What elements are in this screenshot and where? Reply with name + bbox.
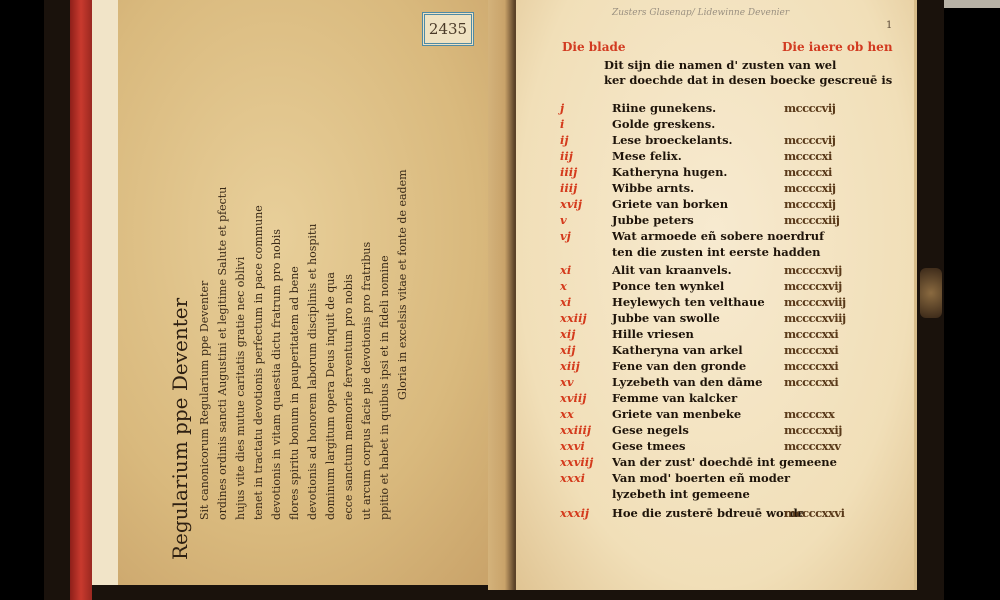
entry-name: Hille vriesen xyxy=(612,327,694,341)
left-line: ppitio et habet in quibus ipsi et in fid… xyxy=(378,40,391,520)
entry-name: Wibbe arnts. xyxy=(612,181,694,195)
left-page-title: Regularium ppe Deventer xyxy=(168,80,192,560)
leaf-numeral: i xyxy=(560,117,564,131)
entry-year: mccccxi xyxy=(784,149,832,163)
entry-year: mccccxviij xyxy=(784,311,846,325)
index-entry: xiAlit van kraanvels.mccccxvij xyxy=(560,263,860,279)
index-entry: ijLese broeckelants.mccccvij xyxy=(560,133,860,149)
entry-year: mccccxi xyxy=(784,165,832,179)
entry-year: mccccxxi xyxy=(784,327,838,341)
entry-year: mccccxij xyxy=(784,197,836,211)
leaf-numeral: vj xyxy=(560,229,571,243)
entry-year: mccccxx xyxy=(784,407,834,421)
left-page-stub xyxy=(488,0,516,590)
intro-line-1: Dit sijn die namen d' zusten van wel xyxy=(604,58,892,73)
index-entry: xxGriete van menbekemccccxx xyxy=(560,407,860,423)
entry-year: mccccxxvi xyxy=(784,506,844,520)
left-line: dominum largitum opera Deus inquit de qu… xyxy=(324,40,337,520)
leaf-numeral: xxiij xyxy=(560,311,587,325)
metal-clasp xyxy=(920,268,942,318)
index-entry: xxiijJubbe van swollemccccxviij xyxy=(560,311,860,327)
entry-year: mccccvij xyxy=(784,101,835,115)
entry-name: Jubbe peters xyxy=(612,213,694,227)
entry-name: Lese broeckelants. xyxy=(612,133,733,147)
leaf-numeral: xv xyxy=(560,375,574,389)
entry-name: Gese tmees xyxy=(612,439,686,453)
index-entry: vJubbe petersmccccxiij xyxy=(560,213,860,229)
index-entry: xviijFemme van kalcker xyxy=(560,391,860,407)
leaf-numeral: xi xyxy=(560,295,571,309)
leaf-numeral: iiij xyxy=(560,165,577,179)
leaf-numeral: xi xyxy=(560,263,571,277)
leaf-numeral: xxvi xyxy=(560,439,585,453)
index-entry: vjWat armoede eñ sobere noerdruf xyxy=(560,229,860,245)
left-line: devotionis ad honorem laborum disciplini… xyxy=(306,40,319,520)
folio-number: 1 xyxy=(886,20,892,31)
left-line: devotionis in vitam quaestia dictu fratr… xyxy=(270,40,283,520)
entry-name: Ponce ten wynkel xyxy=(612,279,724,293)
entry-name: Hoe die zusterē bdreuē worde xyxy=(612,506,805,520)
entry-name: Heylewych ten velthaue xyxy=(612,295,765,309)
entry-year: mccccxxv xyxy=(784,439,841,453)
leaf-numeral: xvij xyxy=(560,197,582,211)
leaf-numeral: xviij xyxy=(560,391,586,405)
entry-year: mccccxiij xyxy=(784,213,839,227)
leaf-numeral: xiij xyxy=(560,359,580,373)
leaf-numeral: ij xyxy=(560,133,569,147)
left-page-text: Regularium ppe Deventer Sit canonicorum … xyxy=(168,40,398,560)
entry-name: Golde greskens. xyxy=(612,117,715,131)
leaf-numeral: iiij xyxy=(560,181,577,195)
left-line: flores spiritu bonum in pauperitatem ad … xyxy=(288,40,301,520)
index-entry: xiijFene van den grondemccccxxi xyxy=(560,359,860,375)
entry-name: Jubbe van swolle xyxy=(612,311,720,325)
header-year-column: Die iaere ob hen xyxy=(782,40,893,54)
shelfmark-stamp: 2435 xyxy=(422,12,474,46)
pencil-note: Zusters Glasenap/ Lidewinne Devenier xyxy=(612,8,789,18)
index-entry: jRiine gunekens.mccccvij xyxy=(560,101,860,117)
entry-name: Gese negels xyxy=(612,423,689,437)
entry-name: Mese felix. xyxy=(612,149,682,163)
entry-year: mccccxviij xyxy=(784,295,846,309)
leaf-numeral: xxxi xyxy=(560,471,585,485)
intro-text: Dit sijn die namen d' zusten van wel ker… xyxy=(604,58,892,88)
entry-name: Katheryna van arkel xyxy=(612,343,743,357)
entry-name: Riine gunekens. xyxy=(612,101,716,115)
index-entry: xijKatheryna van arkelmccccxxi xyxy=(560,343,860,359)
leaf-numeral: xxviij xyxy=(560,455,593,469)
leaf-numeral: xij xyxy=(560,343,575,357)
entry-year: mccccxxi xyxy=(784,343,838,357)
index-entry: iGolde greskens. xyxy=(560,117,860,133)
index-entry: xxxiVan mod' boerten eñ moder xyxy=(560,471,860,487)
leaf-numeral: j xyxy=(560,101,564,115)
leaf-numeral: v xyxy=(560,213,567,227)
left-line: ordines ordinis sancti Augustini et legi… xyxy=(216,40,229,520)
index-entry: xxviGese tmeesmccccxxv xyxy=(560,439,860,455)
header-leaf-column: Die blade xyxy=(562,40,626,54)
entry-name: Griete van menbeke xyxy=(612,407,741,421)
entry-year: mccccxvij xyxy=(784,263,842,277)
left-line: Gloria in excelsis vitae et fonte de ead… xyxy=(396,40,409,400)
index-entry: xvLyzebeth van den dāmemccccxxi xyxy=(560,375,860,391)
index-entry: iijMese felix.mccccxi xyxy=(560,149,860,165)
index-entry: ten die zusten int eerste hadden xyxy=(560,245,860,261)
red-cover-edge xyxy=(70,0,92,600)
entry-year: mccccxxi xyxy=(784,375,838,389)
entry-name: Wat armoede eñ sobere noerdruf xyxy=(612,229,824,243)
leaf-numeral: iij xyxy=(560,149,573,163)
index-entry: iiijKatheryna hugen.mccccxi xyxy=(560,165,860,181)
index-entry: xPonce ten wynkelmccccxvij xyxy=(560,279,860,295)
leaf-numeral: xxxij xyxy=(560,506,589,520)
left-line: ecce sanctum memorie ferventum pro nobis xyxy=(342,40,355,520)
intro-line-2: ker doechde dat in desen boecke gescreuē… xyxy=(604,73,892,88)
entry-name: Griete van borken xyxy=(612,197,728,211)
leaf-numeral: x xyxy=(560,279,567,293)
left-line: Sit canonicorum Regularium ppe Deventer xyxy=(198,40,211,520)
left-line: ut arcum corpus facie pie devotionis pro… xyxy=(360,40,373,520)
left-line: tenet in tractatu devotionis perfectum i… xyxy=(252,40,265,520)
index-entry: xijHille vriesenmccccxxi xyxy=(560,327,860,343)
left-line: hujus vite dies mutue caritatis gratie n… xyxy=(234,40,247,520)
entry-name: Van der zust' doechdē int gemeene xyxy=(612,455,837,469)
index-entry: xiHeylewych ten velthauemccccxviij xyxy=(560,295,860,311)
shelfmark-label: 2435 xyxy=(429,20,467,38)
index-entry: xxviijVan der zust' doechdē int gemeene xyxy=(560,455,860,471)
leaf-numeral: xxiiij xyxy=(560,423,591,437)
index-entry: xvijGriete van borkenmccccxij xyxy=(560,197,860,213)
index-entry: iiijWibbe arnts.mccccxij xyxy=(560,181,860,197)
entry-year: mccccvij xyxy=(784,133,835,147)
corner-fragment xyxy=(944,0,1000,8)
entry-name: Van mod' boerten eñ moder xyxy=(612,471,790,485)
entry-name: ten die zusten int eerste hadden xyxy=(612,245,821,259)
entry-name: Fene van den gronde xyxy=(612,359,746,373)
entry-name: Femme van kalcker xyxy=(612,391,737,405)
entry-year: mccccxxi xyxy=(784,359,838,373)
leaf-numeral: xx xyxy=(560,407,574,421)
index-entry: xxxijHoe die zusterē bdreuē wordemccccxx… xyxy=(560,506,860,522)
entry-year: mccccxvij xyxy=(784,279,842,293)
entry-name: Katheryna hugen. xyxy=(612,165,727,179)
entry-year: mccccxxij xyxy=(784,423,842,437)
leaf-numeral: xij xyxy=(560,327,575,341)
entry-name: Lyzebeth van den dāme xyxy=(612,375,762,389)
index-entry: xxiiijGese negelsmccccxxij xyxy=(560,423,860,439)
entry-name: Alit van kraanvels. xyxy=(612,263,732,277)
entry-year: mccccxij xyxy=(784,181,836,195)
entry-name: lyzebeth int gemeene xyxy=(612,487,750,501)
index-entry: lyzebeth int gemeene xyxy=(560,487,860,503)
